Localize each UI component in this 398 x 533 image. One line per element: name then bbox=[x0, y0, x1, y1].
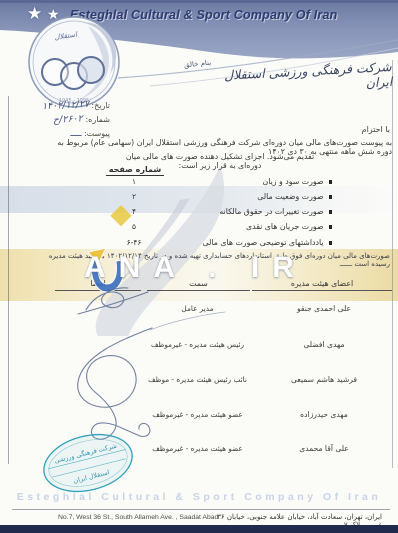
scanned-letter-page: ★ ★ Esteghlal Cultural & Sport Company O… bbox=[0, 0, 398, 533]
company-stamp: شرکت فرهنگی ورزشی استقلال ایران bbox=[36, 426, 140, 500]
